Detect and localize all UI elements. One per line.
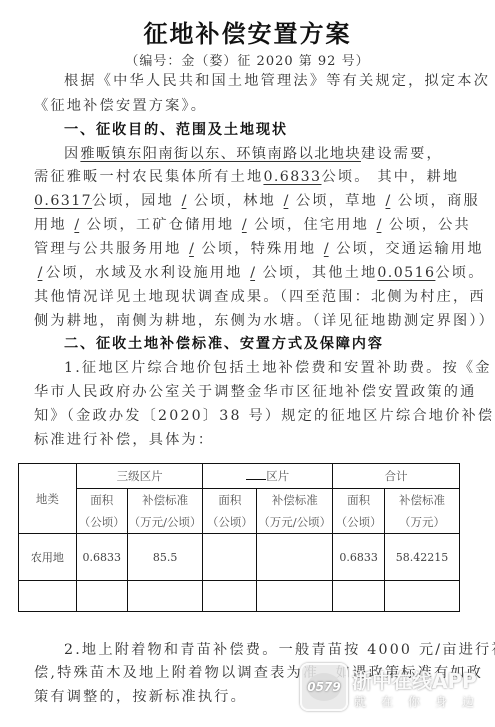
zone-blank [246,469,266,480]
section1-heading: 一、征收目的、范围及土地现状 [64,121,288,139]
section2-p2-line-1: 2.地上附着物和青苗补偿费。一般青苗按 4000 元/亩进行补 [64,641,495,659]
section1-line-5: 管理与公共服务用地/公顷，特殊用地/公顷，交通运输用地 [34,240,484,258]
section2-p2-line-3: 策有调整的，按新标准执行。 [34,688,247,706]
header-g2-area: 面积（公顷） [203,489,257,534]
header-group-2: 区片 [203,464,333,489]
section1-line-4: 用地/公顷，工矿仓储用地/公顷，住宅用地/公顷，公共 [34,216,471,234]
industrial-area: / [234,216,254,234]
table-header-row: 地类 三级区片 区片 合计 [19,464,460,489]
section2-heading: 二、征收土地补偿标准、安置方式及保障内容 [64,335,384,353]
watermark-title: 浙中在线APP [352,665,477,694]
app-watermark: 0579 浙中在线APP 就在你身边 [300,663,490,723]
residential-area: / [369,216,389,234]
intro-line-1: 根据《中华人民共和国土地管理法》等有关规定，拟定本次 [64,72,490,90]
section2-p1-line-4: 标准进行补偿，具体为： [34,431,214,449]
table-row: 农用地 0.6833 85.5 0.6833 58.42215 [19,534,460,581]
document-number: （编号：金（婺）征 2020 第 92 号） [0,50,495,69]
header-group-1: 三级区片 [76,464,203,489]
section1-line-8: 侧为耕地，南侧为耕地，东侧为水塘。（详见征地勘测定界图）） [34,312,495,330]
section1-line-3: 0.6317公顷，园地/公顷，林地/公顷，草地/公顷，商服 [34,192,480,210]
water-area: / [243,264,263,282]
page-title: 征地补偿安置方案 [0,14,495,49]
section2-p1-line-3: 知》（金政办发〔2020〕38 号）规定的征地区片综合地价补偿 [34,407,494,425]
compensation-table: 地类 三级区片 区片 合计 面积（公顷） 补偿标准（万元/公顷） 面积（公顷） … [18,463,460,612]
section2-p1-line-1: 1.征地区片综合地价包括土地补偿费和安置补助费。按《金 [64,359,492,377]
section1-line-1: 因雅畈镇东阳南街以东、环镇南路以北地块建设需要， [64,145,443,163]
grass-area: / [378,192,398,210]
header-land-type: 地类 [19,464,77,534]
public-area: / [182,240,202,258]
transport-area: / [34,264,46,282]
location-name: 雅畈镇东阳南街以东、环镇南路以北地块 [80,146,361,162]
header-group-3: 合计 [333,464,460,489]
table-row [19,581,460,612]
garden-area: / [174,192,194,210]
total-area: 0.6833 [263,169,321,185]
farmland-area: 0.6317 [34,193,92,209]
header-total-area: 面积（公顷） [333,489,385,534]
intro-line-2: 《征地补偿安置方案》。 [34,97,207,115]
header-g1-area: 面积（公顷） [76,489,127,534]
watermark-subtitle: 就在你身边 [354,693,489,710]
header-g1-std: 补偿标准（万元/公顷） [127,489,203,534]
forest-area: / [276,192,296,210]
section1-line-6: /公顷，水域及水利设施用地/公顷，其他土地0.0516公顷。 [34,264,485,282]
other-area: 0.0516 [377,265,435,281]
header-g2-std: 补偿标准（万元/公顷） [257,489,333,534]
app-logo-icon: 0579 [300,663,348,711]
commercial-area: / [67,216,87,234]
special-area: / [316,240,336,258]
section1-line-7: 其他情况详见土地现状调查成果。（四至范围：北侧为村庄，西 [34,288,486,306]
section2-p1-line-2: 华市人民政府办公室关于调整金华市区征地补偿安置政策的通 [34,383,476,401]
header-total-amount: 补偿标准（万元） [385,489,460,534]
table-subheader-row: 面积（公顷） 补偿标准（万元/公顷） 面积（公顷） 补偿标准（万元/公顷） 面积… [19,489,460,534]
section1-line-2: 需征雅畈一村农民集体所有土地0.6833公顷。 其中，耕地 [34,168,459,186]
